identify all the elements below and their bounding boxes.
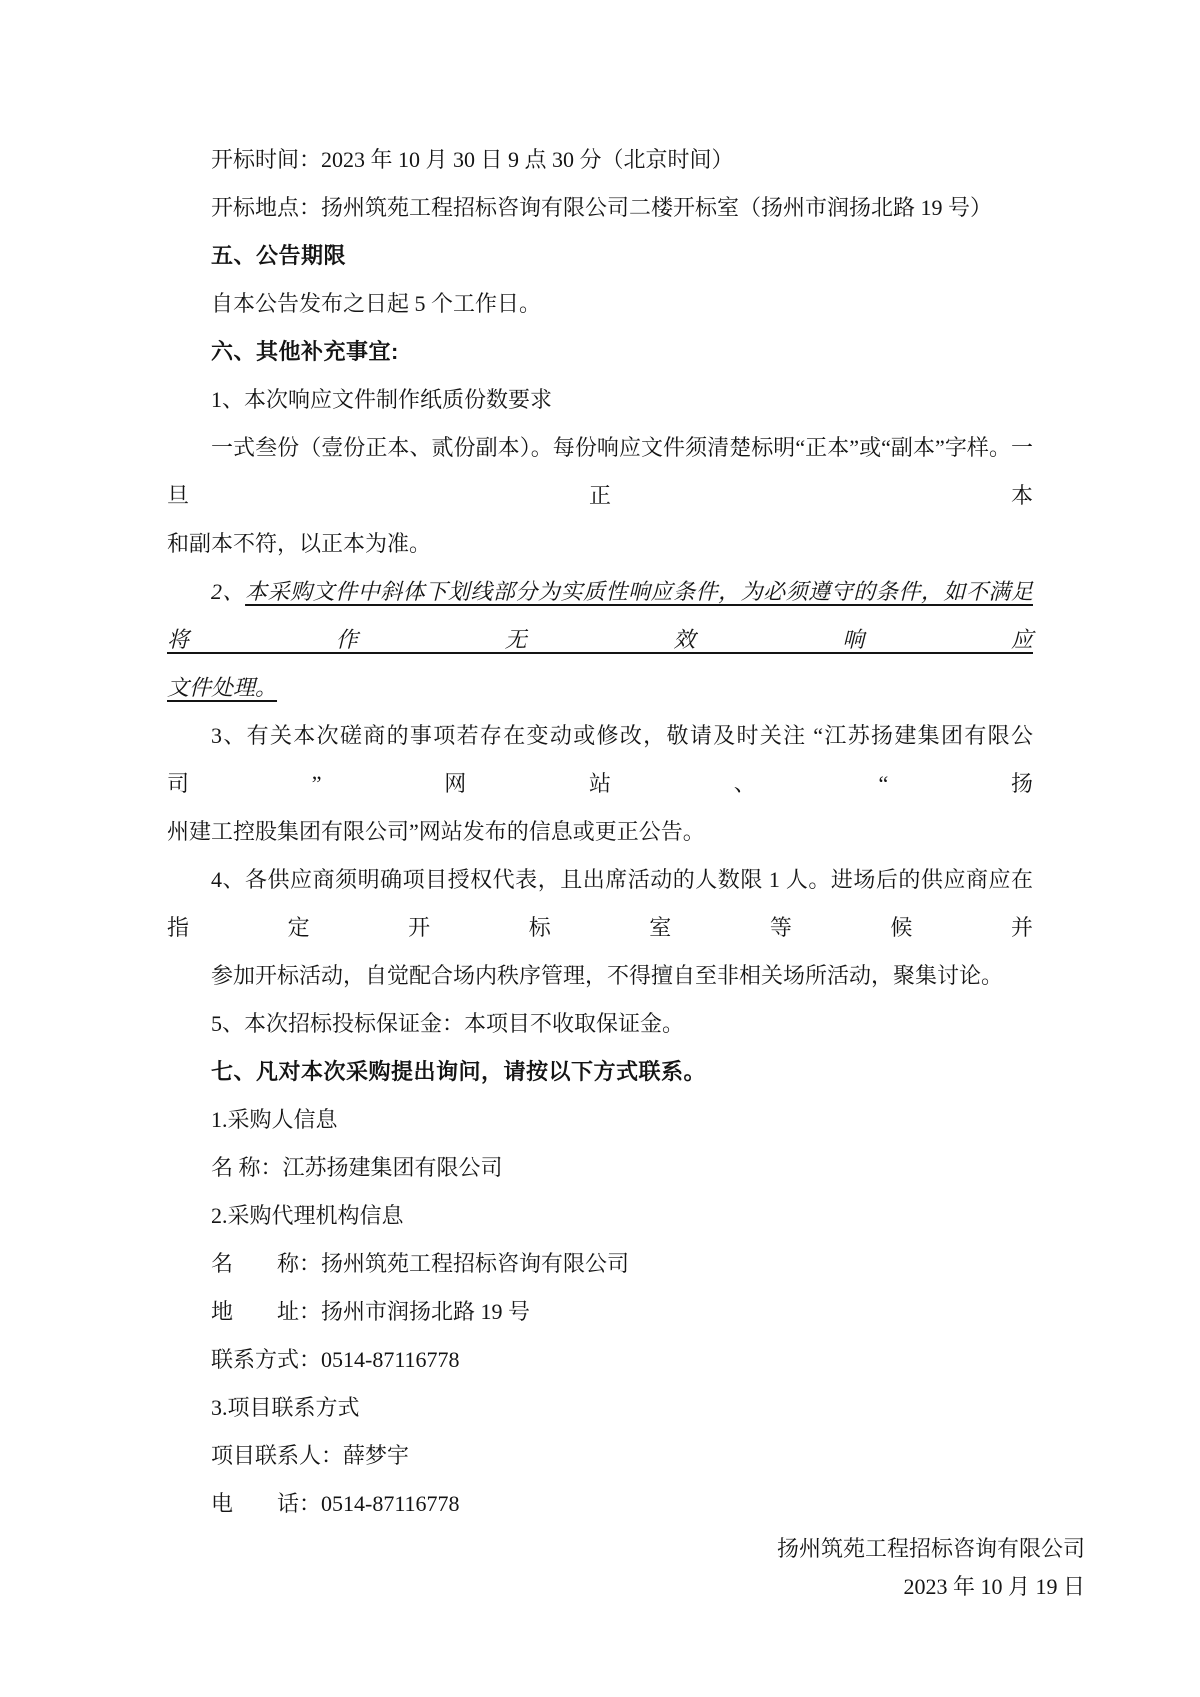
- document-line: 地 址：扬州市润扬北路 19 号: [167, 1288, 1033, 1336]
- document-body: 开标时间：2023 年 10 月 30 日 9 点 30 分（北京时间）开标地点…: [0, 0, 1200, 1528]
- section-heading: 五、公告期限: [167, 232, 1033, 280]
- signature-block: 扬州筑苑工程招标咨询有限公司 2023 年 10 月 19 日: [0, 1530, 1085, 1606]
- document-line: 参加开标活动，自觉配合场内秩序管理，不得擅自至非相关场所活动，聚集讨论。: [167, 952, 1033, 1000]
- document-line: 2.采购代理机构信息: [167, 1192, 1033, 1240]
- document-line: 开标地点：扬州筑苑工程招标咨询有限公司二楼开标室（扬州市润扬北路 19 号）: [167, 184, 1033, 232]
- document-line: 文件处理。: [167, 664, 1033, 712]
- document-line: 名 称：扬州筑苑工程招标咨询有限公司: [167, 1240, 1033, 1288]
- underlined-text: 本采购文件中斜体下划线部分为实质性响应条件，为必须遵守的条件，如不满足将作无效响…: [167, 579, 1033, 652]
- document-line: 3.项目联系方式: [167, 1384, 1033, 1432]
- section-heading: 七、凡对本次采购提出询问，请按以下方式联系。: [167, 1048, 1033, 1096]
- document-line: 2、本采购文件中斜体下划线部分为实质性响应条件，为必须遵守的条件，如不满足将作无…: [167, 568, 1033, 664]
- document-line: 4、各供应商须明确项目授权代表，且出席活动的人数限 1 人。进场后的供应商应在指…: [167, 856, 1033, 952]
- document-line: 自本公告发布之日起 5 个工作日。: [167, 280, 1033, 328]
- document-page: 开标时间：2023 年 10 月 30 日 9 点 30 分（北京时间）开标地点…: [0, 0, 1200, 1697]
- document-line: 名 称：江苏扬建集团有限公司: [167, 1144, 1033, 1192]
- document-line: 项目联系人：薛梦宇: [167, 1432, 1033, 1480]
- document-line: 州建工控股集团有限公司”网站发布的信息或更正公告。: [167, 808, 1033, 856]
- document-line: 和副本不符，以正本为准。: [167, 520, 1033, 568]
- signature-date: 2023 年 10 月 19 日: [0, 1568, 1085, 1606]
- document-line: 1、本次响应文件制作纸质份数要求: [167, 376, 1033, 424]
- signature-company: 扬州筑苑工程招标咨询有限公司: [0, 1530, 1085, 1568]
- section-heading: 六、其他补充事宜:: [167, 328, 1033, 376]
- document-line: 一式叁份（壹份正本、贰份副本）。每份响应文件须清楚标明“正本”或“副本”字样。一…: [167, 424, 1033, 520]
- document-line: 电 话：0514-87116778: [167, 1480, 1033, 1528]
- document-line: 3、有关本次磋商的事项若存在变动或修改，敬请及时关注 “江苏扬建集团有限公司”网…: [167, 712, 1033, 808]
- document-line: 1.采购人信息: [167, 1096, 1033, 1144]
- document-line: 5、本次招标投标保证金：本项目不收取保证金。: [167, 1000, 1033, 1048]
- line-number-prefix: 2、: [211, 579, 245, 604]
- document-line: 开标时间：2023 年 10 月 30 日 9 点 30 分（北京时间）: [167, 136, 1033, 184]
- underlined-text: 文件处理。: [167, 675, 277, 700]
- document-line: 联系方式：0514-87116778: [167, 1336, 1033, 1384]
